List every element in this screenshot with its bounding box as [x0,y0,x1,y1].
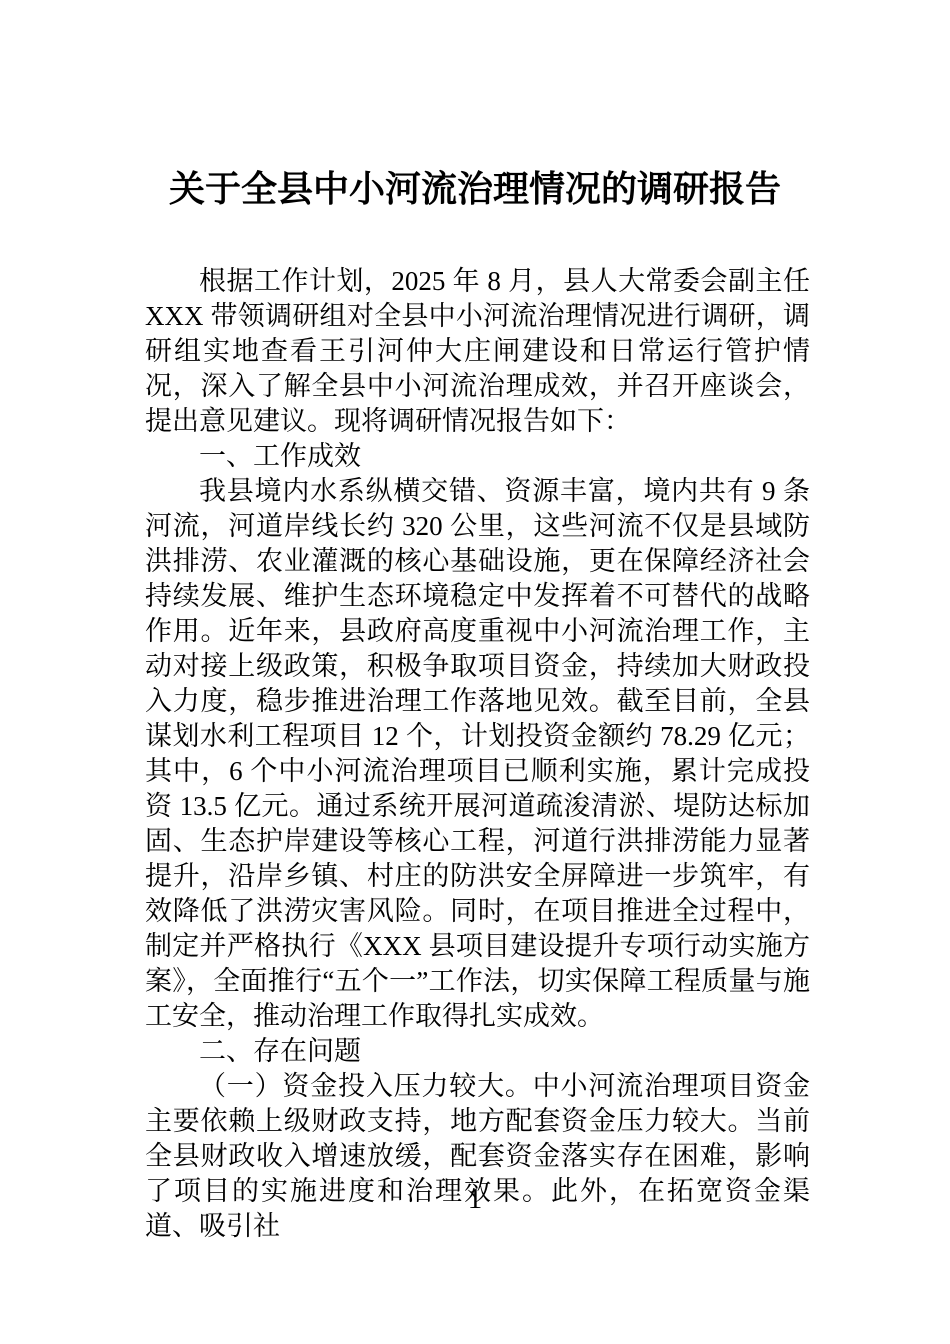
document-title: 关于全县中小河流治理情况的调研报告 [0,166,950,212]
document-body: 根据工作计划，2025 年 8 月，县人大常委会副主任 XXX 带领调研组对全县… [145,264,810,1244]
section-heading: 一、工作成效 [145,439,810,474]
page-number: 1 [0,1184,950,1215]
document-page: 关于全县中小河流治理情况的调研报告 根据工作计划，2025 年 8 月，县人大常… [0,0,950,1344]
section-heading: 二、存在问题 [145,1034,810,1069]
paragraph: 我县境内水系纵横交错、资源丰富，境内共有 9 条河流，河道岸线长约 320 公里… [145,474,810,1034]
paragraph: 根据工作计划，2025 年 8 月，县人大常委会副主任 XXX 带领调研组对全县… [145,264,810,439]
paragraph: （一）资金投入压力较大。中小河流治理项目资金主要依赖上级财政支持，地方配套资金压… [145,1069,810,1244]
